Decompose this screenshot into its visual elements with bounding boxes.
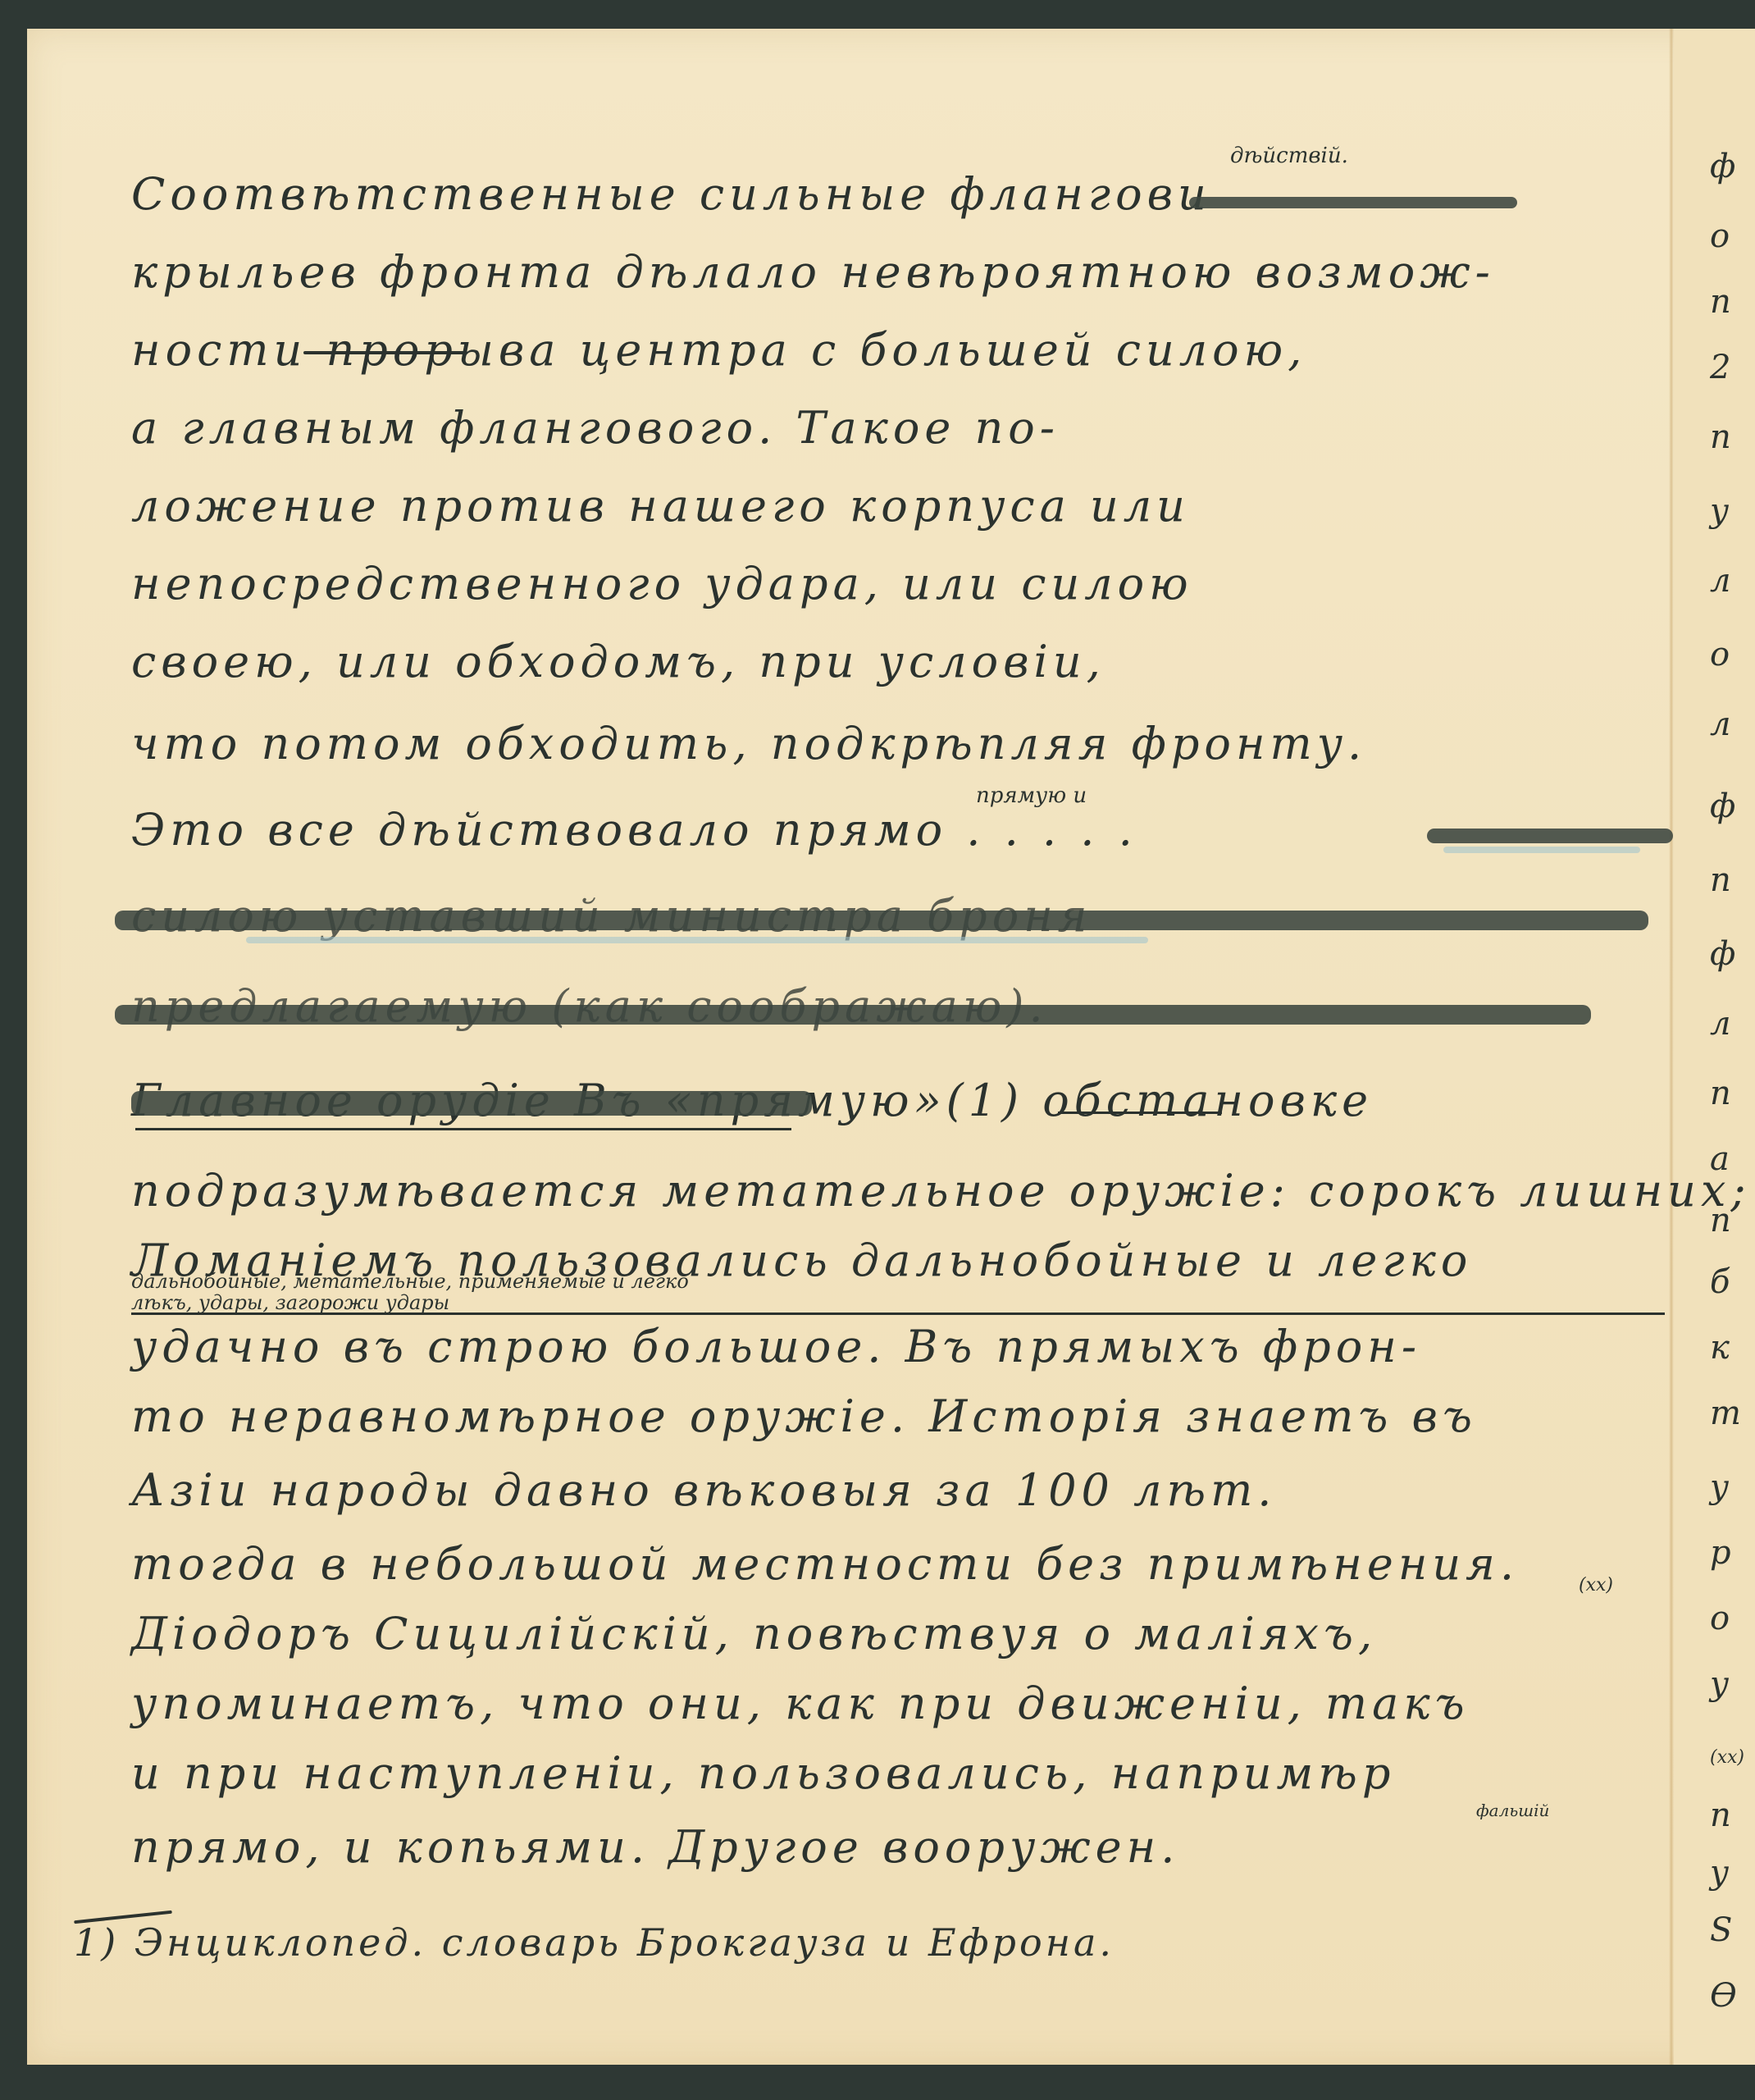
margin-char: п bbox=[1710, 1202, 1731, 1239]
margin-char: п bbox=[1710, 1075, 1731, 1112]
margin-char: (xx) bbox=[1710, 1747, 1744, 1768]
margin-char: л bbox=[1710, 562, 1730, 600]
interlinear-insertion: дальнобойные, метательные, применяемые и… bbox=[131, 1270, 689, 1293]
manuscript-line-7: своею, или обходомъ, при условіи, bbox=[131, 640, 1105, 684]
margin-char: л bbox=[1710, 1005, 1730, 1043]
strikethrough-mark bbox=[1427, 829, 1673, 843]
interlinear-insertion: дѣйствій. bbox=[1230, 144, 1348, 168]
manuscript-line-17: Азіи народы давно вѣковыя за 100 лѣт. bbox=[131, 1468, 1276, 1513]
manuscript-line-19: Діодоръ Сицилійскій, повѣствуя о маліяхъ… bbox=[131, 1612, 1377, 1656]
manuscript-line-1: Соотвѣтственные сильные флангови bbox=[131, 172, 1211, 217]
margin-char: п bbox=[1710, 861, 1731, 899]
margin-char: т bbox=[1710, 1395, 1741, 1432]
underline-mark bbox=[131, 1312, 1665, 1315]
margin-char: у bbox=[1710, 1468, 1729, 1506]
margin-char: л bbox=[1710, 705, 1730, 743]
margin-char: 2 bbox=[1710, 349, 1730, 386]
margin-char: п bbox=[1710, 418, 1731, 456]
margin-char: о bbox=[1710, 1600, 1730, 1637]
margin-char: ф bbox=[1710, 787, 1735, 825]
manuscript-line-18: тогда в небольшой местности без примѣнен… bbox=[131, 1542, 1519, 1586]
underline-mark bbox=[1058, 1112, 1222, 1114]
strikethrough-tint bbox=[246, 937, 1148, 943]
margin-char: у bbox=[1710, 1854, 1729, 1892]
footnote: 1) Энциклопед. словарь Брокгауза и Ефрон… bbox=[74, 1924, 1115, 1961]
page-fold bbox=[1669, 29, 1674, 2065]
margin-char: у bbox=[1710, 1665, 1729, 1703]
strikethrough-bar bbox=[115, 911, 1648, 930]
margin-char: а bbox=[1710, 1140, 1730, 1178]
margin-char: р bbox=[1710, 1534, 1731, 1572]
margin-char: о bbox=[1710, 636, 1730, 673]
margin-char: Ѕ bbox=[1710, 1911, 1732, 1949]
margin-char: о bbox=[1710, 217, 1730, 255]
footnote-text: Энциклопед. словарь Брокгауза и Ефрона. bbox=[134, 1920, 1115, 1965]
strikethrough-bar bbox=[131, 1091, 812, 1116]
strikethrough-bar bbox=[115, 1005, 1591, 1025]
manuscript-line-3: ности прорыва центра с большей силою, bbox=[131, 328, 1306, 372]
margin-char: у bbox=[1710, 492, 1729, 530]
manuscript-line-4: а главным флангового. Такое по- bbox=[131, 406, 1060, 450]
manuscript-line-21: и при наступленіи, пользовались, напримѣ… bbox=[131, 1751, 1396, 1796]
manuscript-line-5: ложение против нашего корпуса или bbox=[131, 484, 1190, 528]
underline-mark bbox=[135, 1128, 791, 1130]
manuscript-line-13: подразумѣвается метательное оружіе: соро… bbox=[131, 1169, 1751, 1213]
manuscript-line-20: упоминаетъ, что они, как при движеніи, т… bbox=[131, 1682, 1470, 1726]
footnote-marker: 1) bbox=[74, 1920, 119, 1965]
strikethrough-tint bbox=[1443, 847, 1640, 853]
manuscript-line-6: непосредственного удара, или силою bbox=[131, 562, 1193, 606]
footnote-reference: (xx) bbox=[1579, 1575, 1613, 1596]
margin-char: Ѳ bbox=[1710, 1977, 1737, 2015]
margin-char: ф bbox=[1710, 148, 1735, 185]
manuscript-line-8: что потом обходить, подкрѣпляя фронту. bbox=[131, 722, 1366, 766]
margin-char: п bbox=[1710, 283, 1731, 321]
margin-char: б bbox=[1710, 1263, 1730, 1301]
margin-char: ф bbox=[1710, 935, 1735, 973]
strikethrough-mark bbox=[303, 351, 467, 354]
manuscript-line-15: удачно въ строю большое. Въ прямыхъ фрон… bbox=[131, 1325, 1421, 1369]
interlinear-insertion: лѣкъ, удары, загорожи удары bbox=[131, 1291, 449, 1314]
margin-char: к bbox=[1710, 1329, 1730, 1367]
strikethrough-mark bbox=[1189, 197, 1517, 208]
margin-char: п bbox=[1710, 1796, 1731, 1834]
manuscript-line-9: Это все дѣйствовало прямо . . . . . bbox=[131, 808, 1137, 852]
manuscript-line-2: крыльев фронта дѣлало невѣроятною возмож… bbox=[131, 250, 1495, 294]
manuscript-line-22: прямо, и копьями. Другое вооружен. bbox=[131, 1825, 1179, 1869]
manuscript-line-16: то неравномѣрное оружіе. Исторія знаетъ … bbox=[131, 1395, 1477, 1439]
interlinear-insertion: фальшій bbox=[1476, 1801, 1549, 1820]
